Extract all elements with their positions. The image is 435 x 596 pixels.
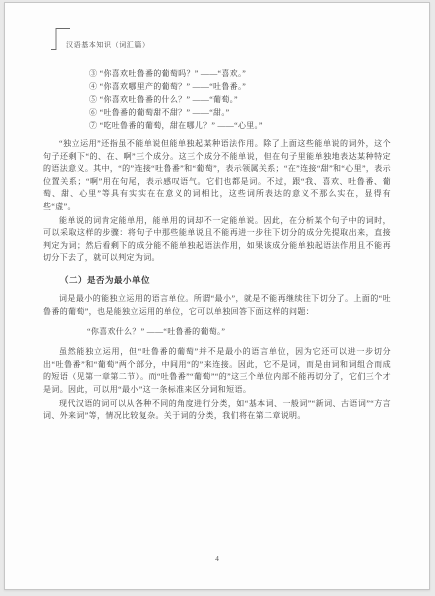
paragraph-analysis-steps: 能单说的词肯定能单用，能单用的词却不一定能单说。因此，在分析某个句子中的词时，可…: [43, 215, 391, 265]
example-item-5: ⑤ “你喜欢吐鲁番的什么？” ——“葡萄。”: [89, 93, 391, 106]
paragraph-smallest-unit: 词是最小的能独立运用的语言单位。所谓“最小”，就是不能再继续往下切分了。上面的“…: [43, 293, 391, 318]
example-quote: “你喜欢什么？” ——“吐鲁番的葡萄。”: [43, 325, 391, 338]
document-page: 汉语基本知识（词汇篇） ③ “你喜欢吐鲁番的葡萄吗？” ——“喜欢。” ④ “你…: [4, 2, 430, 590]
section-heading: （二）是否为最小单位: [43, 274, 391, 286]
paragraph-phrase-vs-word: 虽然能独立运用，但“吐鲁番的葡萄”并不是最小的语言单位，因为它还可以进一步切分出…: [43, 346, 391, 396]
example-item-3: ③ “你喜欢吐鲁番的葡萄吗？” ——“喜欢。”: [89, 67, 391, 80]
paragraph-word-classification: 现代汉语的词可以从各种不同的角度进行分类，如“基本词、一般词”“新词、古语词”“…: [43, 398, 391, 423]
page-number: 4: [215, 554, 219, 563]
running-head-title: 汉语基本知识（词汇篇）: [66, 40, 150, 50]
example-list: ③ “你喜欢吐鲁番的葡萄吗？” ——“喜欢。” ④ “你喜欢哪里产的葡萄？” —…: [43, 67, 391, 132]
example-item-7: ⑦ “吃吐鲁番的葡萄，甜在哪儿？” ——“心里。”: [89, 119, 391, 132]
example-item-6: ⑥ “吐鲁番的葡萄甜不甜？” ——“甜。”: [89, 106, 391, 119]
example-item-4: ④ “你喜欢哪里产的葡萄？” ——“吐鲁番。”: [89, 80, 391, 93]
running-head: 汉语基本知识（词汇篇）: [43, 27, 391, 55]
screenshot-canvas: 汉语基本知识（词汇篇） ③ “你喜欢吐鲁番的葡萄吗？” ——“喜欢。” ④ “你…: [0, 0, 435, 596]
page-content: 汉语基本知识（词汇篇） ③ “你喜欢吐鲁番的葡萄吗？” ——“喜欢。” ④ “你…: [5, 3, 429, 423]
paragraph-independent-use: “独立运用”还指虽不能单说但能单独起某种语法作用。除了上面这些能单说的词外，这个…: [43, 138, 391, 214]
page-footer: 4: [5, 554, 429, 563]
